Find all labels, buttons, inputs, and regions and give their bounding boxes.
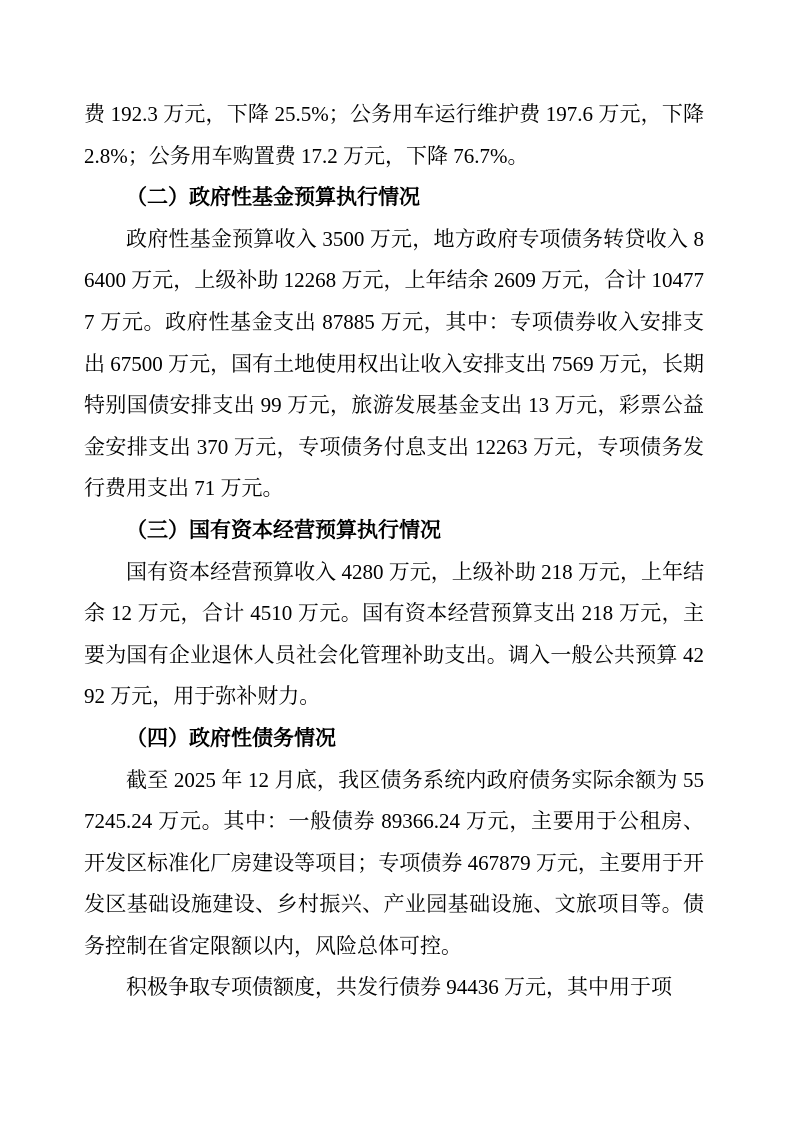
section-heading-government-fund-budget: （二）政府性基金预算执行情况 [84, 177, 704, 219]
document-page: 费 192.3 万元，下降 25.5%；公务用车运行维护费 197.6 万元，下… [0, 0, 794, 1122]
section-heading-government-debt: （四）政府性债务情况 [84, 718, 704, 760]
paragraph-vehicle-expenses-continuation: 费 192.3 万元，下降 25.5%；公务用车运行维护费 197.6 万元，下… [84, 94, 704, 177]
paragraph-government-fund-budget: 政府性基金预算收入 3500 万元，地方政府专项债务转贷收入 86400 万元，… [84, 219, 704, 510]
paragraph-state-capital-budget: 国有资本经营预算收入 4280 万元，上级补助 218 万元，上年结余 12 万… [84, 552, 704, 718]
section-heading-state-capital-budget: （三）国有资本经营预算执行情况 [84, 510, 704, 552]
paragraph-special-bond-issuance: 积极争取专项债额度，共发行债券 94436 万元，其中用于项 [84, 967, 704, 1009]
paragraph-government-debt: 截至 2025 年 12 月底，我区债务系统内政府债务实际余额为 557245.… [84, 760, 704, 968]
